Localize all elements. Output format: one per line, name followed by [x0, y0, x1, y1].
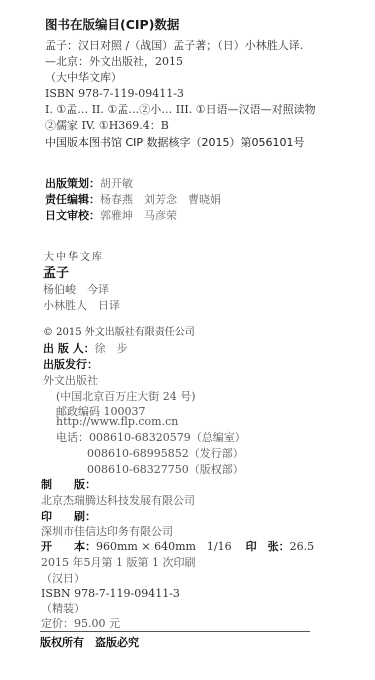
printing-label: 印 刷： [41, 511, 96, 522]
copyright: © 2015 外文出版社有限责任公司 [43, 328, 195, 338]
divider [40, 631, 310, 632]
press-address: (中国北京百万庄大街 24 号) [56, 391, 196, 402]
distribution-label: 出版发行： [43, 359, 98, 370]
platemaking-label: 制 版： [41, 479, 96, 490]
press-name: 外文出版社 [43, 375, 98, 386]
cip-line: ISBN 978-7-119-09411-3 [45, 88, 184, 99]
cip-line: —北京：外文出版社，2015 [45, 56, 183, 67]
phone-label: 电话： [56, 431, 89, 444]
credit-japanese-review: 日文审校：郭雅坤 马彦荣 [45, 210, 177, 221]
credit-editors: 责任编辑：杨春燕 刘芳念 曹晓娟 [45, 194, 221, 205]
sheets-label: 印 张： [246, 540, 290, 553]
credit-value: 杨春燕 刘芳念 曹晓娟 [100, 193, 221, 206]
cip-line: 孟子：汉日对照 /（战国）孟子著；（日）小林胜人译. [45, 40, 303, 51]
translator-line: 杨伯峻 今译 [43, 284, 109, 295]
cip-line: ②儒家 IV. ①H369.4：B [45, 120, 169, 131]
translator-line: 小林胜人 日译 [43, 300, 120, 311]
credit-label: 日文审校： [45, 209, 100, 222]
printing-value: 深圳市佳信达印务有限公司 [41, 526, 173, 537]
format-value: 960mm × 640mm 1/16 [96, 540, 232, 553]
book-title: 孟子 [43, 267, 69, 280]
credit-planning: 出版策划：胡开敏 [45, 178, 133, 189]
edition: 2015 年5月第 1 版第 1 次印刷 [41, 557, 195, 568]
credit-value: 郭雅坤 马彦荣 [100, 209, 177, 222]
website-link[interactable]: http://www.flp.com.cn [56, 416, 178, 427]
credit-label: 责任编辑： [45, 193, 100, 206]
cip-line: （大中华文库） [45, 72, 122, 83]
cip-approval-number: 中国版本图书馆 CIP 数据核字（2015）第056101号 [45, 137, 305, 148]
cip-heading: 图书在版编目(CIP)数据 [45, 19, 179, 32]
publisher: 出 版 人：徐 步 [43, 343, 128, 354]
language: （汉日） [41, 573, 85, 584]
price: 定价：95.00 元 [41, 618, 120, 629]
format-label: 开 本： [41, 540, 96, 553]
platemaking-value: 北京杰瑞腾达科技发展有限公司 [41, 495, 195, 506]
sheets-value: 26.5 [290, 540, 315, 553]
format-line: 开 本：960mm × 640mm 1/16印 张：26.5 [41, 541, 314, 552]
phone-line: 电话：008610-68320579（总编室） [56, 432, 246, 443]
binding: （精装） [41, 603, 85, 614]
series-name: 大中华文库 [44, 253, 104, 263]
credit-value: 胡开敏 [100, 177, 133, 190]
publisher-label: 出 版 人： [43, 342, 95, 355]
rights-notice: 版权所有 盗版必究 [40, 637, 139, 648]
phone-number: 008610-68320579（总编室） [89, 431, 246, 444]
publisher-value: 徐 步 [95, 342, 128, 355]
phone-number: 008610-68995852（发行部） [87, 448, 244, 459]
credit-label: 出版策划： [45, 177, 100, 190]
isbn: ISBN 978-7-119-09411-3 [41, 588, 180, 599]
cip-line: I. ①孟… II. ①孟…②小… III. ①日语—汉语—对照读物 [45, 104, 316, 115]
phone-number: 008610-68327750（版权部） [87, 464, 244, 475]
